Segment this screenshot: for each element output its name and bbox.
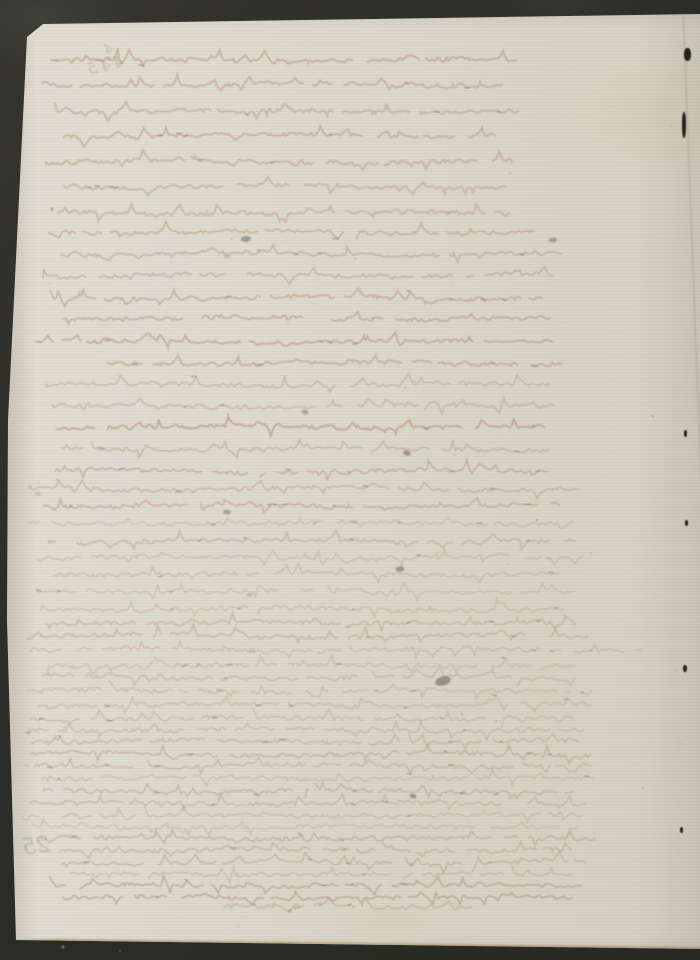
fold-tear bbox=[684, 48, 691, 61]
manuscript-page: 4 445 25 bbox=[0, 0, 700, 960]
showthrough-ink bbox=[0, 0, 700, 960]
fold-tear bbox=[682, 112, 686, 138]
fold-tear bbox=[683, 665, 687, 672]
fold-tear bbox=[685, 520, 688, 526]
fold-tear bbox=[684, 430, 687, 437]
scanned-manuscript-view: 4 445 25 bbox=[0, 0, 700, 960]
fold-tear bbox=[680, 827, 683, 833]
